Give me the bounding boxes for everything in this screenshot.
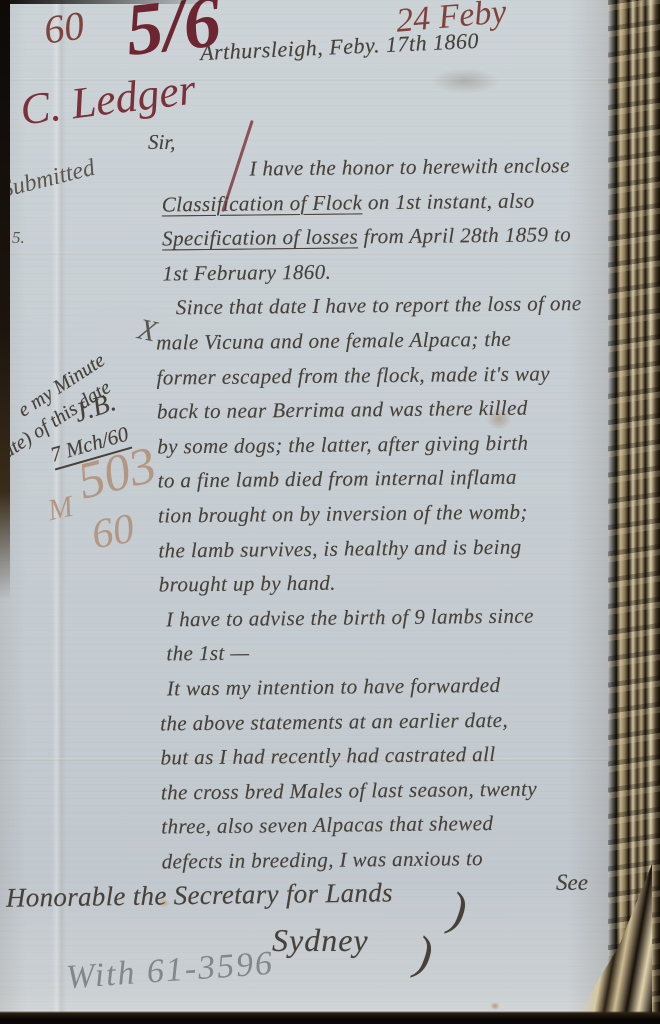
body-line-rest: from April 28th 1859 to	[358, 222, 571, 248]
body-line: the above statements at an earlier date,	[160, 701, 638, 741]
body-line: three, also seven Alpacas that shewed	[161, 805, 639, 845]
body-line: to a fine lamb died from internal inflam…	[157, 459, 635, 499]
file-year: 60	[88, 505, 138, 560]
body-line-rest: on 1st instant, also	[362, 188, 535, 214]
body-line: Classification of Flock on 1st instant, …	[155, 182, 633, 222]
salutation: Sir,	[148, 130, 175, 155]
enclosure-title: Classification of Flock	[162, 190, 363, 216]
address-line-1: Honorable the Secretary for Lands	[6, 877, 393, 913]
page-edge-streaks	[608, 0, 660, 1024]
binding-left-edge	[0, 0, 10, 600]
body-line: brought up by hand.	[159, 563, 637, 603]
body-line: the lamb survives, is healthy and is bei…	[158, 528, 636, 568]
page-stack-right-edge	[608, 0, 660, 1024]
see-note: See	[556, 870, 588, 896]
body-line: Since that date I have to report the los…	[156, 286, 634, 326]
body-line: former escaped from the flock, made it's…	[156, 355, 634, 395]
docket-number-left: 60	[41, 1, 87, 53]
body-line: by some dogs; the latter, after giving b…	[157, 424, 635, 464]
body-line: 1st February 1860.	[155, 251, 633, 291]
binding-bottom-edge	[0, 1011, 660, 1024]
margin-small-number: 5.	[12, 228, 25, 248]
letter-body: I have the honor to herewith enclose Cla…	[154, 148, 640, 879]
body-line: male Vicuna and one female Alpaca; the	[156, 320, 634, 360]
stain	[490, 1002, 500, 1010]
scanned-letter-page: 60 5/6 24 Feby Arthursleigh, Feby. 17th …	[0, 0, 660, 1024]
body-line: tion brought on by inversion of the womb…	[158, 493, 636, 533]
body-line: but as I had recently had castrated all	[160, 736, 638, 776]
binding-top-edge	[0, 0, 220, 4]
body-line: the 1st —	[159, 632, 637, 672]
body-line: It was my intention to have forwarded	[160, 666, 638, 706]
body-line: the cross bred Males of last season, twe…	[161, 770, 639, 810]
body-line: back to near Berrima and was there kille…	[157, 390, 635, 430]
body-line: I have the honor to herewith enclose	[154, 148, 632, 188]
body-line: Specification of losses from April 28th …	[155, 217, 633, 257]
body-line: I have to advise the birth of 9 lambs si…	[159, 597, 637, 637]
address-line-2: Sydney	[272, 922, 369, 959]
enclosure-title: Specification of losses	[162, 225, 358, 251]
stain	[430, 68, 500, 94]
